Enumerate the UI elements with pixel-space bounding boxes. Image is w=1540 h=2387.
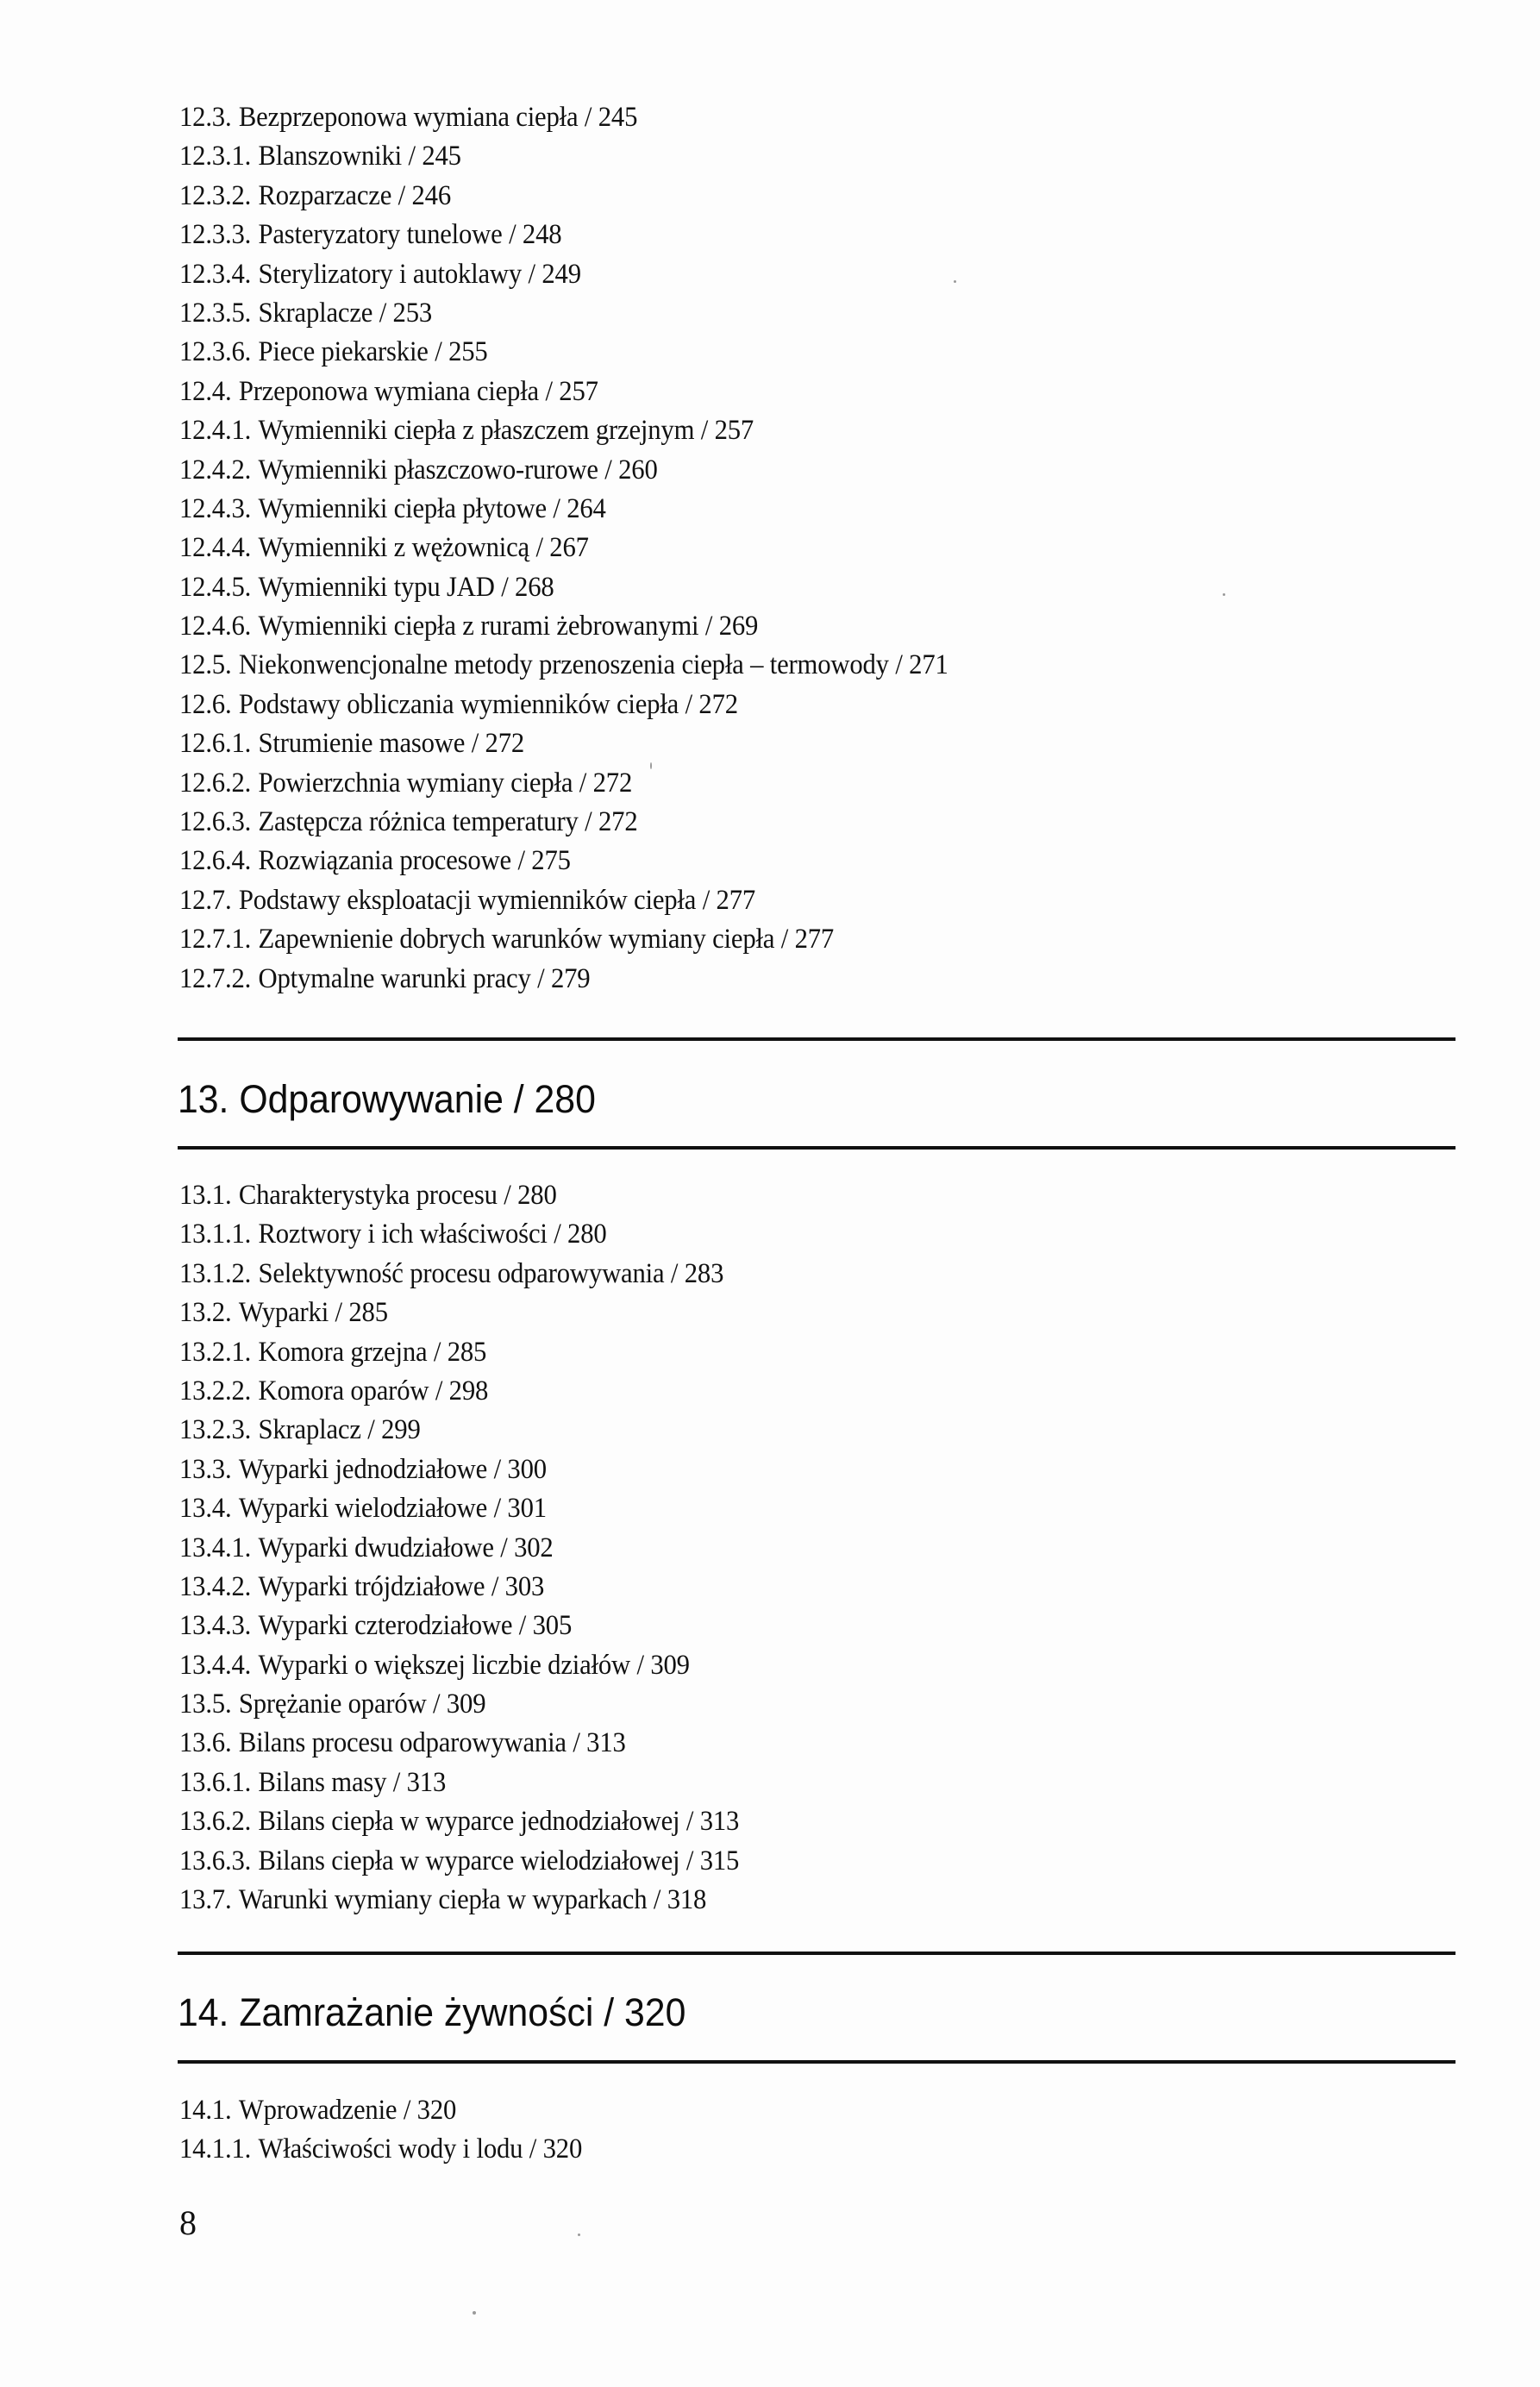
toc-entry-number: 12.4.4. <box>179 532 251 563</box>
toc-entry-number: 12.3.1. <box>179 141 251 172</box>
toc-entry-separator: / <box>529 532 549 563</box>
toc-entry-title: Optymalne warunki pracy <box>258 963 530 994</box>
toc-entry-separator: / <box>698 611 718 642</box>
toc-entry-page: 271 <box>909 649 948 680</box>
toc-entry: 13.4.1.Wyparki dwudziałowe / 302 <box>179 1529 739 1568</box>
toc-entry-number: 12.6.4. <box>179 845 251 876</box>
toc-entry: 13.1.2.Selektywność procesu odparowywani… <box>179 1255 739 1294</box>
toc-entry-number: 13.4. <box>179 1493 231 1524</box>
chapter-heading-14: 14. Zamrażanie żywności / 320 <box>178 1991 685 2034</box>
toc-entry-number: 12.4. <box>179 376 231 407</box>
toc-entry-separator: / <box>567 1727 586 1758</box>
toc-entry-page: 318 <box>667 1884 706 1915</box>
toc-entry-title: Wyparki dwudziałowe <box>258 1532 493 1563</box>
toc-entry-separator: / <box>539 376 559 407</box>
toc-entry-title: Selektywność procesu odparowywania <box>258 1258 664 1289</box>
toc-entry-title: Niekonwencjonalne metody przenoszenia ci… <box>239 649 889 680</box>
toc-entry-title: Wyparki jednodziałowe <box>239 1454 487 1485</box>
toc-entry-number: 12.4.3. <box>179 493 251 524</box>
toc-entry-title: Rozparzacze <box>258 180 391 211</box>
chapter-divider-rule <box>178 2060 1455 2064</box>
toc-entry-separator: / <box>487 1454 507 1485</box>
toc-entry: 14.1.1.Właściwości wody i lodu / 320 <box>179 2130 582 2169</box>
toc-entry: 12.6.1.Strumienie masowe / 272 <box>179 724 948 763</box>
document-page: 12.3.Bezprzeponowa wymiana ciepła / 2451… <box>0 0 1540 2387</box>
toc-entry-number: 13.7. <box>179 1884 231 1915</box>
toc-entry-number: 12.4.2. <box>179 454 251 486</box>
toc-entry-separator: / <box>329 1297 348 1328</box>
toc-list-chapter-12: 12.3.Bezprzeponowa wymiana ciepła / 2451… <box>179 98 1006 999</box>
toc-entry-title: Warunki wymiany ciepła w wyparkach <box>239 1884 648 1915</box>
chapter-heading-13-page: 280 <box>535 1077 596 1121</box>
toc-entry-number: 13.2.1. <box>179 1337 251 1368</box>
toc-entry: 12.7.2.Optymalne warunki pracy / 279 <box>179 960 948 999</box>
toc-entry-page: 246 <box>411 180 450 211</box>
toc-entry-title: Wyparki o większej liczbie działów <box>258 1650 630 1681</box>
toc-entry-number: 12.4.6. <box>179 611 251 642</box>
toc-entry-separator: / <box>774 924 794 955</box>
toc-entry-title: Pasteryzatory tunelowe <box>258 219 502 250</box>
toc-entry-title: Przeponowa wymiana ciepła <box>239 376 539 407</box>
toc-entry-title: Wymienniki płaszczowo-rurowe <box>258 454 598 486</box>
toc-entry: 12.6.3.Zastępcza różnica temperatury / 2… <box>179 803 948 842</box>
toc-entry-page: 315 <box>700 1845 739 1876</box>
toc-entry-page: 272 <box>598 806 637 837</box>
toc-entry-separator: / <box>889 649 909 680</box>
toc-entry: 13.2.2.Komora oparów / 298 <box>179 1372 739 1411</box>
toc-entry-title: Bezprzeponowa wymiana ciepła <box>239 102 579 133</box>
toc-entry-page: 299 <box>381 1414 420 1445</box>
page-number: 8 <box>179 2204 197 2242</box>
toc-entry-number: 13.3. <box>179 1454 231 1485</box>
toc-entry: 12.4.4.Wymienniki z wężownicą / 267 <box>179 529 948 567</box>
toc-entry-number: 12.3.4. <box>179 259 251 290</box>
toc-entry-page: 257 <box>559 376 598 407</box>
toc-entry-separator: / <box>694 415 714 446</box>
toc-entry-number: 13.1. <box>179 1180 231 1211</box>
toc-entry-separator: / <box>547 493 567 524</box>
toc-entry-title: Bilans procesu odparowywania <box>239 1727 567 1758</box>
toc-entry-page: 313 <box>700 1806 739 1837</box>
toc-entry: 12.6.4.Rozwiązania procesowe / 275 <box>179 842 948 880</box>
toc-entry-page: 285 <box>448 1337 486 1368</box>
toc-entry-separator: / <box>598 454 618 486</box>
toc-entry-title: Wyparki <box>239 1297 329 1328</box>
toc-entry-number: 13.1.1. <box>179 1219 251 1250</box>
toc-entry-separator: / <box>511 845 531 876</box>
toc-entry-number: 12.3.2. <box>179 180 251 211</box>
toc-entry-page: 272 <box>698 689 737 720</box>
toc-entry: 12.3.2.Rozparzacze / 246 <box>179 177 948 216</box>
toc-entry-number: 12.7. <box>179 885 231 916</box>
toc-entry-number: 12.6.2. <box>179 767 251 799</box>
chapter-divider-rule <box>178 1146 1455 1150</box>
toc-entry-page: 257 <box>715 415 754 446</box>
toc-entry-separator: / <box>679 1806 699 1837</box>
toc-entry-title: Piece piekarskie <box>258 336 428 367</box>
toc-entry-number: 13.2.3. <box>179 1414 251 1445</box>
toc-entry: 13.2.Wyparki / 285 <box>179 1294 739 1332</box>
toc-entry: 12.4.6.Wymienniki ciepła z rurami żebrow… <box>179 607 948 646</box>
toc-entry: 12.4.3.Wymienniki ciepła płytowe / 264 <box>179 490 948 529</box>
toc-entry-separator: / <box>664 1258 684 1289</box>
toc-entry-separator: / <box>427 1337 447 1368</box>
toc-entry-separator: / <box>429 336 448 367</box>
toc-entry-page: 275 <box>531 845 570 876</box>
toc-entry: 13.4.3.Wyparki czterodziałowe / 305 <box>179 1607 739 1645</box>
toc-entry-page: 253 <box>393 298 432 329</box>
toc-entry: 12.5.Niekonwencjonalne metody przenoszen… <box>179 646 948 685</box>
toc-entry: 12.4.2.Wymienniki płaszczowo-rurowe / 26… <box>179 451 948 490</box>
toc-entry: 12.3.6.Piece piekarskie / 255 <box>179 333 948 372</box>
toc-entry-title: Komora grzejna <box>258 1337 427 1368</box>
toc-entry-separator: / <box>548 1219 567 1250</box>
toc-entry-separator: / <box>429 1375 448 1407</box>
toc-entry: 12.7.1.Zapewnienie dobrych warunków wymi… <box>179 920 948 959</box>
toc-entry-title: Skraplacz <box>258 1414 360 1445</box>
toc-entry-title: Blanszowniki <box>258 141 402 172</box>
toc-entry-number: 13.1.2. <box>179 1258 251 1289</box>
toc-entry-title: Wymienniki ciepła płytowe <box>258 493 546 524</box>
chapter-heading-13: 13. Odparowywanie / 280 <box>178 1078 596 1121</box>
toc-entry-page: 320 <box>543 2133 582 2165</box>
toc-entry-page: 268 <box>515 572 554 603</box>
toc-entry-separator: / <box>487 1493 507 1524</box>
chapter-divider-rule <box>178 1952 1455 1955</box>
toc-entry-title: Charakterystyka procesu <box>239 1180 498 1211</box>
toc-entry-page: 249 <box>542 259 580 290</box>
toc-entry-number: 13.2.2. <box>179 1375 251 1407</box>
toc-entry-page: 285 <box>348 1297 387 1328</box>
toc-entry-number: 13.5. <box>179 1688 231 1720</box>
chapter-heading-14-page: 320 <box>624 1990 685 2034</box>
toc-entry: 13.1.Charakterystyka procesu / 280 <box>179 1176 739 1215</box>
toc-entry-page: 245 <box>598 102 637 133</box>
toc-entry: 13.4.Wyparki wielodziałowe / 301 <box>179 1489 739 1528</box>
toc-entry: 12.3.4.Sterylizatory i autoklawy / 249 <box>179 255 948 294</box>
chapter-heading-14-title: Zamrażanie żywności <box>239 1990 593 2034</box>
toc-entry-number: 14.1.1. <box>179 2133 251 2165</box>
toc-entry-title: Podstawy obliczania wymienników ciepła <box>239 689 679 720</box>
toc-entry-number: 13.6.2. <box>179 1806 251 1837</box>
toc-entry-number: 12.3.5. <box>179 298 251 329</box>
toc-entry-title: Strumienie masowe <box>258 728 465 759</box>
toc-entry-page: 320 <box>417 2095 456 2126</box>
toc-entry-title: Wyparki trójdziałowe <box>258 1571 485 1602</box>
toc-entry-separator: / <box>512 1610 532 1641</box>
toc-entry-page: 269 <box>719 611 758 642</box>
toc-entry-separator: / <box>578 102 598 133</box>
toc-entry-separator: / <box>679 689 698 720</box>
chapter-heading-13-separator: / <box>514 1077 524 1121</box>
chapter-heading-14-number: 14. <box>178 1990 228 2034</box>
toc-entry-title: Właściwości wody i lodu <box>258 2133 523 2165</box>
toc-entry-separator: / <box>679 1845 699 1876</box>
toc-entry-title: Skraplacze <box>258 298 372 329</box>
toc-entry-page: 255 <box>448 336 487 367</box>
toc-entry-separator: / <box>402 141 422 172</box>
toc-entry: 12.4.Przeponowa wymiana ciepła / 257 <box>179 373 948 411</box>
toc-entry-page: 277 <box>717 885 755 916</box>
toc-entry-separator: / <box>522 259 542 290</box>
toc-entry: 12.6.Podstawy obliczania wymienników cie… <box>179 686 948 724</box>
toc-entry-number: 12.3. <box>179 102 231 133</box>
toc-entry-title: Bilans masy <box>258 1767 386 1798</box>
toc-entry-page: 309 <box>650 1650 689 1681</box>
toc-entry: 13.4.4.Wyparki o większej liczbie działó… <box>179 1646 739 1685</box>
toc-entry-number: 12.5. <box>179 649 231 680</box>
scan-speck <box>473 2311 476 2315</box>
toc-entry-title: Wymienniki typu JAD <box>258 572 494 603</box>
toc-entry-title: Zapewnienie dobrych warunków wymiany cie… <box>258 924 774 955</box>
scan-speck <box>578 2234 580 2236</box>
toc-entry-title: Sterylizatory i autoklawy <box>258 259 522 290</box>
toc-entry-number: 12.3.6. <box>179 336 251 367</box>
toc-entry-number: 13.4.1. <box>179 1532 251 1563</box>
toc-entry: 12.6.2.Powierzchnia wymiany ciepła / 272 <box>179 764 948 803</box>
toc-entry-separator: / <box>503 219 523 250</box>
toc-entry-page: 245 <box>422 141 460 172</box>
toc-entry-separator: / <box>523 2133 542 2165</box>
toc-entry-separator: / <box>579 806 598 837</box>
toc-entry-separator: / <box>465 728 485 759</box>
toc-entry: 13.6.3.Bilans ciepła w wyparce wielodzia… <box>179 1842 739 1881</box>
chapter-heading-13-number: 13. <box>178 1077 228 1121</box>
toc-entry-title: Wprowadzenie <box>239 2095 398 2126</box>
toc-entry-page: 279 <box>551 963 590 994</box>
toc-list-chapter-13: 13.1.Charakterystyka procesu / 28013.1.1… <box>179 1176 781 1920</box>
toc-entry-number: 13.6.1. <box>179 1767 251 1798</box>
toc-entry-title: Bilans ciepła w wyparce wielodziałowej <box>258 1845 679 1876</box>
toc-entry-number: 12.6.3. <box>179 806 251 837</box>
toc-entry-separator: / <box>485 1571 504 1602</box>
toc-entry-separator: / <box>391 180 411 211</box>
toc-entry-title: Komora oparów <box>258 1375 429 1407</box>
toc-entry: 12.3.Bezprzeponowa wymiana ciepła / 245 <box>179 98 948 137</box>
toc-entry-separator: / <box>494 1532 514 1563</box>
toc-entry-title: Roztwory i ich właściwości <box>258 1219 547 1250</box>
toc-entry: 13.3.Wyparki jednodziałowe / 300 <box>179 1450 739 1489</box>
toc-entry-number: 13.6.3. <box>179 1845 251 1876</box>
toc-entry-number: 13.2. <box>179 1297 231 1328</box>
toc-entry-separator: / <box>361 1414 381 1445</box>
toc-entry: 13.4.2.Wyparki trójdziałowe / 303 <box>179 1568 739 1607</box>
toc-entry-page: 272 <box>593 767 632 799</box>
toc-entry-page: 264 <box>567 493 605 524</box>
chapter-heading-14-separator: / <box>604 1990 614 2034</box>
toc-entry-number: 12.6.1. <box>179 728 251 759</box>
toc-list-chapter-14: 14.1.Wprowadzenie / 32014.1.1.Właściwośc… <box>179 2091 612 2170</box>
toc-entry-page: 277 <box>795 924 834 955</box>
toc-entry-title: Wymienniki ciepła z rurami żebrowanymi <box>258 611 698 642</box>
toc-entry-separator: / <box>427 1688 447 1720</box>
toc-entry-separator: / <box>498 1180 517 1211</box>
toc-entry-page: 300 <box>507 1454 546 1485</box>
toc-entry: 12.4.1.Wymienniki ciepła z płaszczem grz… <box>179 411 948 450</box>
toc-entry-number: 12.7.1. <box>179 924 251 955</box>
toc-entry-page: 305 <box>533 1610 572 1641</box>
toc-entry-title: Wymienniki ciepła z płaszczem grzejnym <box>258 415 694 446</box>
toc-entry-title: Wymienniki z wężownicą <box>258 532 529 563</box>
toc-entry-title: Powierzchnia wymiany ciepła <box>258 767 573 799</box>
toc-entry-number: 12.3.3. <box>179 219 251 250</box>
toc-entry-number: 12.7.2. <box>179 963 251 994</box>
toc-entry-separator: / <box>696 885 716 916</box>
toc-entry-separator: / <box>397 2095 416 2126</box>
toc-entry-number: 13.4.2. <box>179 1571 251 1602</box>
toc-entry: 13.6.1.Bilans masy / 313 <box>179 1764 739 1802</box>
toc-entry-title: Sprężanie oparów <box>239 1688 427 1720</box>
toc-entry-number: 12.6. <box>179 689 231 720</box>
toc-entry-title: Bilans ciepła w wyparce jednodziałowej <box>258 1806 679 1837</box>
toc-entry-number: 12.4.5. <box>179 572 251 603</box>
toc-entry: 13.6.Bilans procesu odparowywania / 313 <box>179 1724 739 1763</box>
toc-entry: 12.3.1.Blanszowniki / 245 <box>179 137 948 176</box>
toc-entry-separator: / <box>573 767 592 799</box>
toc-entry-page: 260 <box>618 454 657 486</box>
toc-entry: 12.3.5.Skraplacze / 253 <box>179 294 948 333</box>
toc-entry-page: 313 <box>586 1727 625 1758</box>
toc-entry-number: 14.1. <box>179 2095 231 2126</box>
toc-entry-number: 13.4.3. <box>179 1610 251 1641</box>
toc-entry-page: 298 <box>449 1375 488 1407</box>
toc-entry-page: 248 <box>523 219 561 250</box>
toc-entry: 12.7.Podstawy eksploatacji wymienników c… <box>179 881 948 920</box>
toc-entry-separator: / <box>386 1767 406 1798</box>
toc-entry-page: 303 <box>505 1571 544 1602</box>
toc-entry-number: 13.4.4. <box>179 1650 251 1681</box>
toc-entry-number: 13.6. <box>179 1727 231 1758</box>
toc-entry-number: 12.4.1. <box>179 415 251 446</box>
scan-speck <box>650 762 652 769</box>
toc-entry-separator: / <box>630 1650 650 1681</box>
chapter-divider-rule <box>178 1037 1455 1041</box>
toc-entry-separator: / <box>531 963 551 994</box>
toc-entry: 13.6.2.Bilans ciepła w wyparce jednodzia… <box>179 1802 739 1841</box>
toc-entry-separator: / <box>647 1884 667 1915</box>
toc-entry-page: 267 <box>549 532 588 563</box>
toc-entry-page: 283 <box>685 1258 723 1289</box>
toc-entry-page: 272 <box>485 728 524 759</box>
toc-entry-separator: / <box>495 572 515 603</box>
toc-entry: 13.2.1.Komora grzejna / 285 <box>179 1333 739 1372</box>
toc-entry-page: 280 <box>567 1219 606 1250</box>
toc-entry-page: 313 <box>407 1767 446 1798</box>
scan-speck <box>954 280 956 283</box>
toc-entry: 12.3.3.Pasteryzatory tunelowe / 248 <box>179 216 948 254</box>
toc-entry: 13.1.1.Roztwory i ich właściwości / 280 <box>179 1215 739 1254</box>
toc-entry: 14.1.Wprowadzenie / 320 <box>179 2091 582 2130</box>
toc-entry-page: 301 <box>507 1493 546 1524</box>
toc-entry-title: Zastępcza różnica temperatury <box>258 806 578 837</box>
toc-entry-page: 302 <box>514 1532 553 1563</box>
toc-entry-page: 280 <box>517 1180 556 1211</box>
toc-entry-title: Podstawy eksploatacji wymienników ciepła <box>239 885 696 916</box>
toc-entry: 13.7.Warunki wymiany ciepła w wyparkach … <box>179 1881 739 1920</box>
toc-entry: 13.5.Sprężanie oparów / 309 <box>179 1685 739 1724</box>
toc-entry: 12.4.5.Wymienniki typu JAD / 268 <box>179 568 948 607</box>
toc-entry-separator: / <box>372 298 392 329</box>
toc-entry: 13.2.3.Skraplacz / 299 <box>179 1411 739 1450</box>
toc-entry-title: Wyparki czterodziałowe <box>258 1610 512 1641</box>
scan-speck <box>1223 593 1225 596</box>
toc-entry-page: 309 <box>447 1688 485 1720</box>
chapter-heading-13-title: Odparowywanie <box>239 1077 504 1121</box>
toc-entry-title: Rozwiązania procesowe <box>258 845 510 876</box>
toc-entry-title: Wyparki wielodziałowe <box>239 1493 487 1524</box>
